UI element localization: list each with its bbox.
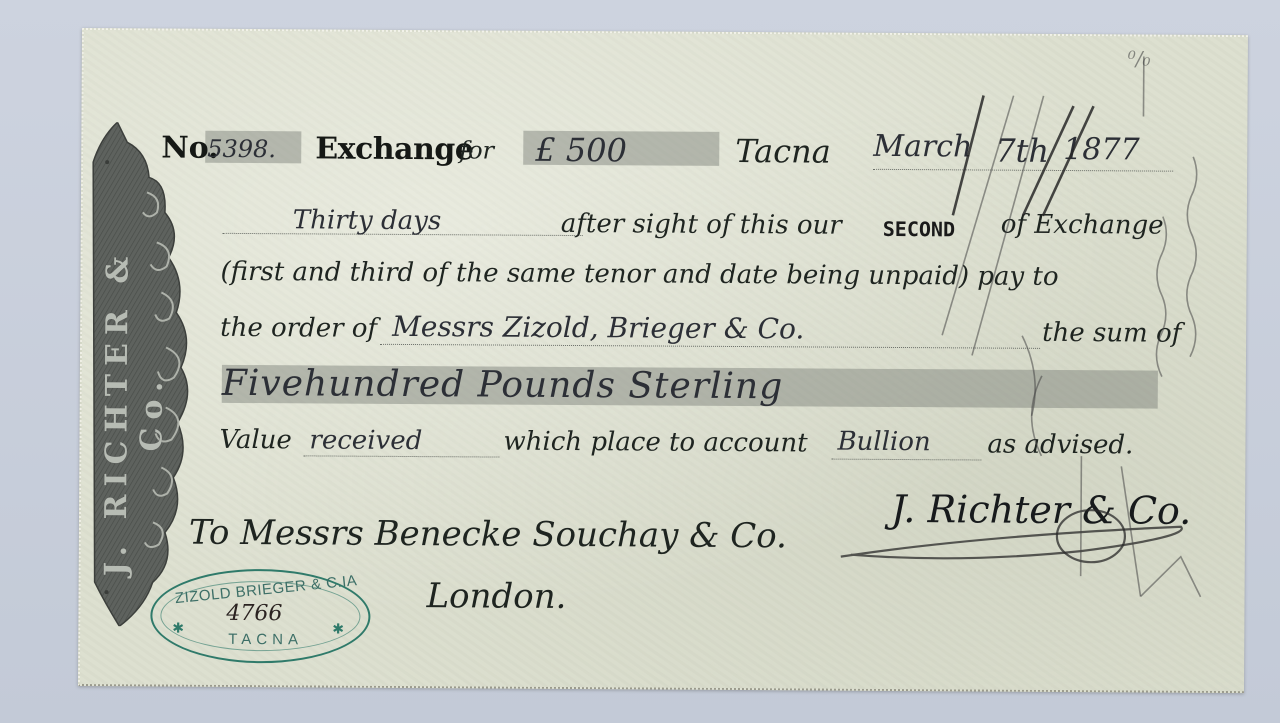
stamp-city: TACNA <box>228 631 303 648</box>
account-label: which place to account <box>503 427 807 459</box>
vignette-text: J. RICHTER & Co. <box>99 232 141 592</box>
payee: Messrs Zizold, Brieger & Co. <box>392 310 804 346</box>
pencil-note-text: ⁰/₀ <box>1128 46 1151 70</box>
amount-figure: £ 500 <box>535 131 627 170</box>
line2-text: (first and third of the same tenor and d… <box>220 257 1058 292</box>
company-stamp: ZIZOLD BRIEGER & C.IA 4766 TACNA ✱ ✱ <box>150 568 371 663</box>
account-line <box>831 459 981 461</box>
date-year: 1877 <box>1063 132 1140 167</box>
star-icon: ✱ <box>332 622 344 638</box>
exchange-title: Exchange <box>315 131 473 167</box>
sum-of-label: the sum of <box>1042 318 1181 349</box>
as-advised-label: as advised. <box>987 430 1133 461</box>
drawee-city: London. <box>426 576 566 617</box>
place-of-issue: Tacna <box>735 132 831 171</box>
account-name: Bullion <box>837 427 930 458</box>
pencil-note-top: ⁰/₀ <box>1128 46 1151 70</box>
date-month: March <box>873 129 972 165</box>
tenor: Thirty days <box>293 205 442 236</box>
drawer-signature: J. Richter & Co. <box>891 487 1191 533</box>
date-day: 7th <box>995 132 1049 170</box>
stamp-number: 4766 <box>226 601 282 626</box>
amount-in-words: Fivehundred Pounds Sterling <box>222 363 784 407</box>
line1-text: after sight of this our <box>561 209 842 241</box>
order-of-label: the order of <box>220 313 377 344</box>
drawee-name: To Messrs Benecke Souchay & Co. <box>189 513 787 557</box>
star-icon: ✱ <box>172 621 184 637</box>
bill-of-exchange: J. RICHTER & Co. No. 5398. Exchange for … <box>78 28 1248 693</box>
for-label: for <box>459 136 494 164</box>
line1-end: of Exchange <box>1001 210 1164 241</box>
ornamental-vignette: J. RICHTER & Co. <box>84 122 197 627</box>
value-label: Value <box>219 425 292 455</box>
value-received: received <box>309 425 422 456</box>
copy-designation: SECOND <box>883 217 955 241</box>
bill-number: 5398. <box>207 135 276 163</box>
